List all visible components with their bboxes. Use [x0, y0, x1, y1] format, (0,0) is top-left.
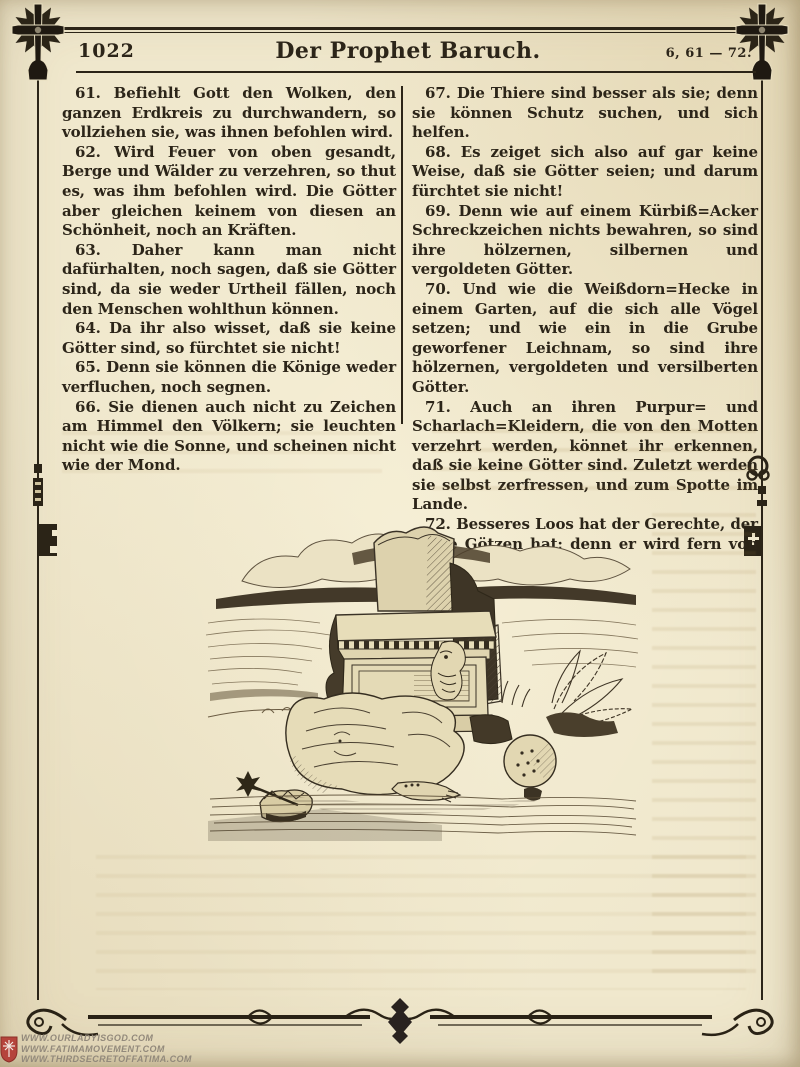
- bleed-through-text: [652, 506, 756, 976]
- top-border-line-thin: [30, 32, 770, 33]
- verse-paragraph: 67. Die Thiere sind besser als sie; denn…: [412, 84, 758, 143]
- top-border-line: [26, 27, 774, 30]
- verse-paragraph: 64. Da ihr also wisset, daß sie keine Gö…: [62, 319, 396, 358]
- verse-paragraph: 69. Denn wie auf einem Kürbiß=Acker Schr…: [412, 202, 758, 280]
- watermark-shield-icon: [0, 1036, 18, 1063]
- verse-text-block: 61. Befiehlt Gott den Wolken, den ganzen…: [62, 84, 758, 574]
- verse-reference: 6, 61 — 72.: [666, 46, 752, 61]
- key-bit-ornament-icon: [30, 460, 64, 580]
- verse-paragraph: 68. Es zeiget sich also auf gar keine We…: [412, 143, 758, 202]
- verse-paragraph: 66. Sie dienen auch nicht zu Zeichen am …: [62, 398, 396, 476]
- verse-paragraph: 70. Und wie die Weißdorn=Hecke in einem …: [412, 280, 758, 398]
- verse-paragraph: 65. Denn sie können die Könige weder ver…: [62, 358, 396, 397]
- verse-paragraph: 62. Wird Feuer von oben gesandt, Berge u…: [62, 143, 396, 241]
- watermark-line: WWW.OURLADYISGOD.COM: [21, 1033, 192, 1044]
- watermark-text: WWW.OURLADYISGOD.COM WWW.FATIMAMOVEMENT.…: [21, 1033, 192, 1065]
- page-title: Der Prophet Baruch.: [60, 38, 756, 64]
- bleed-through-text: [96, 848, 746, 990]
- right-column: 67. Die Thiere sind besser als sie; denn…: [412, 84, 758, 574]
- header-rule: [76, 71, 756, 73]
- left-column: 61. Befiehlt Gott den Wolken, den ganzen…: [62, 84, 396, 574]
- verse-paragraph: 61. Befiehlt Gott den Wolken, den ganzen…: [62, 84, 396, 143]
- verse-paragraph: 71. Auch an ihren Purpur= und Scharlach=…: [412, 398, 758, 516]
- watermark-line: WWW.THIRDSECRETOFFATIMA.COM: [21, 1054, 192, 1065]
- page-header: 1022 Der Prophet Baruch. 6, 61 — 72.: [60, 38, 756, 70]
- watermark-line: WWW.FATIMAMOVEMENT.COM: [21, 1044, 192, 1055]
- fallen-idol-engraving: [202, 503, 642, 841]
- column-divider-rule: [401, 86, 403, 424]
- verse-paragraph: 63. Daher kann man nicht dafürhalten, no…: [62, 241, 396, 319]
